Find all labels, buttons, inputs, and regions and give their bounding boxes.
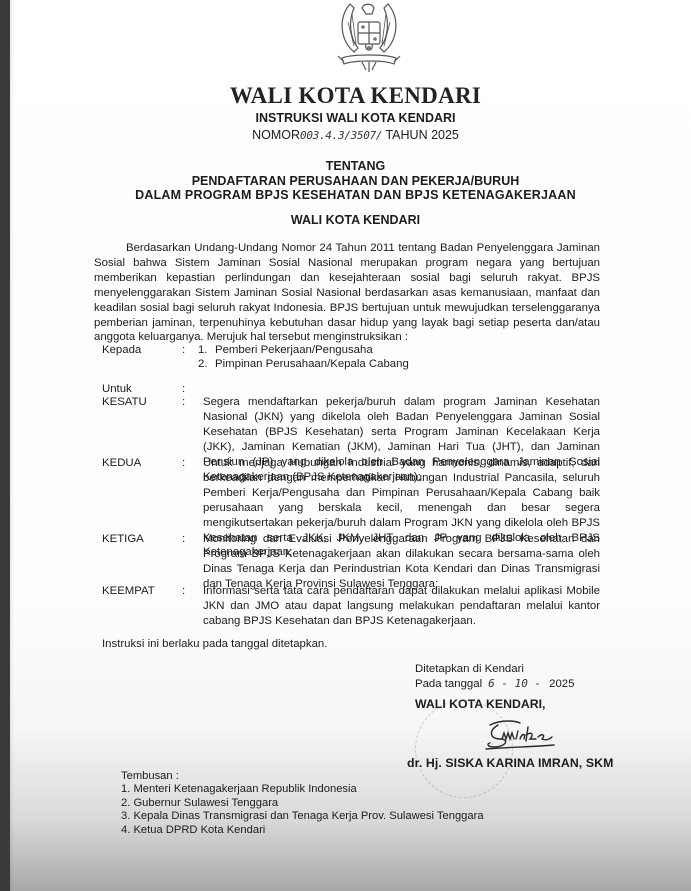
- instruction-3-label: KETIGA: [102, 532, 144, 547]
- signature-place: Ditetapkan di Kendari: [415, 662, 574, 677]
- instruction-4-label: KEEMPAT: [102, 584, 155, 599]
- instruction-3-colon: :: [182, 532, 185, 547]
- tembusan-title: Tembusan :: [121, 770, 484, 783]
- document-type: INSTRUKSI WALI KOTA KENDARI: [10, 111, 691, 125]
- nomor-handwritten: 003.4.3/3507/: [300, 129, 382, 142]
- preamble-text: Berdasarkan Undang-Undang Nomor 24 Tahun…: [94, 242, 600, 343]
- tembusan-item: 1. Menteri Ketenagakerjaan Republik Indo…: [121, 783, 484, 796]
- nomor-suffix: TAHUN 2025: [385, 128, 458, 142]
- instruction-1-label: KESATU: [102, 395, 147, 410]
- instruction-4-text: Informasi serta tata cara pendaftaran da…: [203, 584, 600, 629]
- kepada-colon: :: [182, 343, 185, 358]
- instruction-1-colon: :: [182, 395, 185, 410]
- date-label: Pada tanggal: [415, 678, 482, 690]
- preamble-paragraph: Berdasarkan Undang-Undang Nomor 24 Tahun…: [94, 241, 600, 345]
- instruction-2-label: KEDUA: [102, 456, 141, 471]
- kepada-item-1-num: 1.: [198, 343, 208, 358]
- garuda-emblem-icon: [328, 0, 410, 76]
- instruction-4-colon: :: [182, 584, 185, 599]
- issuer-heading: WALI KOTA KENDARI: [10, 213, 691, 227]
- tembusan-item: 2. Gubernur Sulawesi Tenggara: [121, 797, 484, 810]
- instruction-2-colon: :: [182, 456, 185, 471]
- kepada-item-1: Pemberi Pekerjaan/Pengusaha: [215, 343, 373, 358]
- signature-place-date: Ditetapkan di Kendari Pada tanggal6 - 10…: [415, 662, 574, 691]
- subject-line-2: DALAM PROGRAM BPJS KESEHATAN DAN BPJS KE…: [10, 188, 691, 202]
- closing-statement: Instruksi ini berlaku pada tanggal ditet…: [102, 638, 327, 650]
- date-year: 2025: [549, 678, 574, 690]
- nomor-prefix: NOMOR: [252, 128, 300, 142]
- tembusan-item: 3. Kepala Dinas Transmigrasi dan Tenaga …: [121, 810, 484, 823]
- date-handwritten: 6 - 10 -: [488, 677, 541, 690]
- signer-name: dr. Hj. SISKA KARINA IMRAN, SKM: [407, 756, 613, 770]
- tembusan-list: Tembusan : 1. Menteri Ketenagakerjaan Re…: [121, 770, 484, 837]
- handwritten-signature-icon: [480, 717, 560, 753]
- authority-heading: WALI KOTA KENDARI: [10, 83, 691, 109]
- signature-date: Pada tanggal6 - 10 -2025: [415, 677, 574, 692]
- subject-tentang: TENTANG: [10, 159, 691, 173]
- document-number: NOMOR003.4.3/3507/ TAHUN 2025: [10, 128, 691, 142]
- kepada-item-2: Pimpinan Perusahaan/Kepala Cabang: [215, 357, 409, 372]
- subject-line-1: PENDAFTARAN PERUSAHAAN DAN PEKERJA/BURUH: [10, 174, 691, 188]
- instruction-3-text: Monitoring dan Evaluasi Penyelenggaraan …: [203, 532, 600, 592]
- kepada-item-2-num: 2.: [198, 357, 208, 372]
- tembusan-item: 4. Ketua DPRD Kota Kendari: [121, 824, 484, 837]
- kepada-label: Kepada: [102, 343, 141, 358]
- document-page: WALI KOTA KENDARI INSTRUKSI WALI KOTA KE…: [10, 0, 691, 891]
